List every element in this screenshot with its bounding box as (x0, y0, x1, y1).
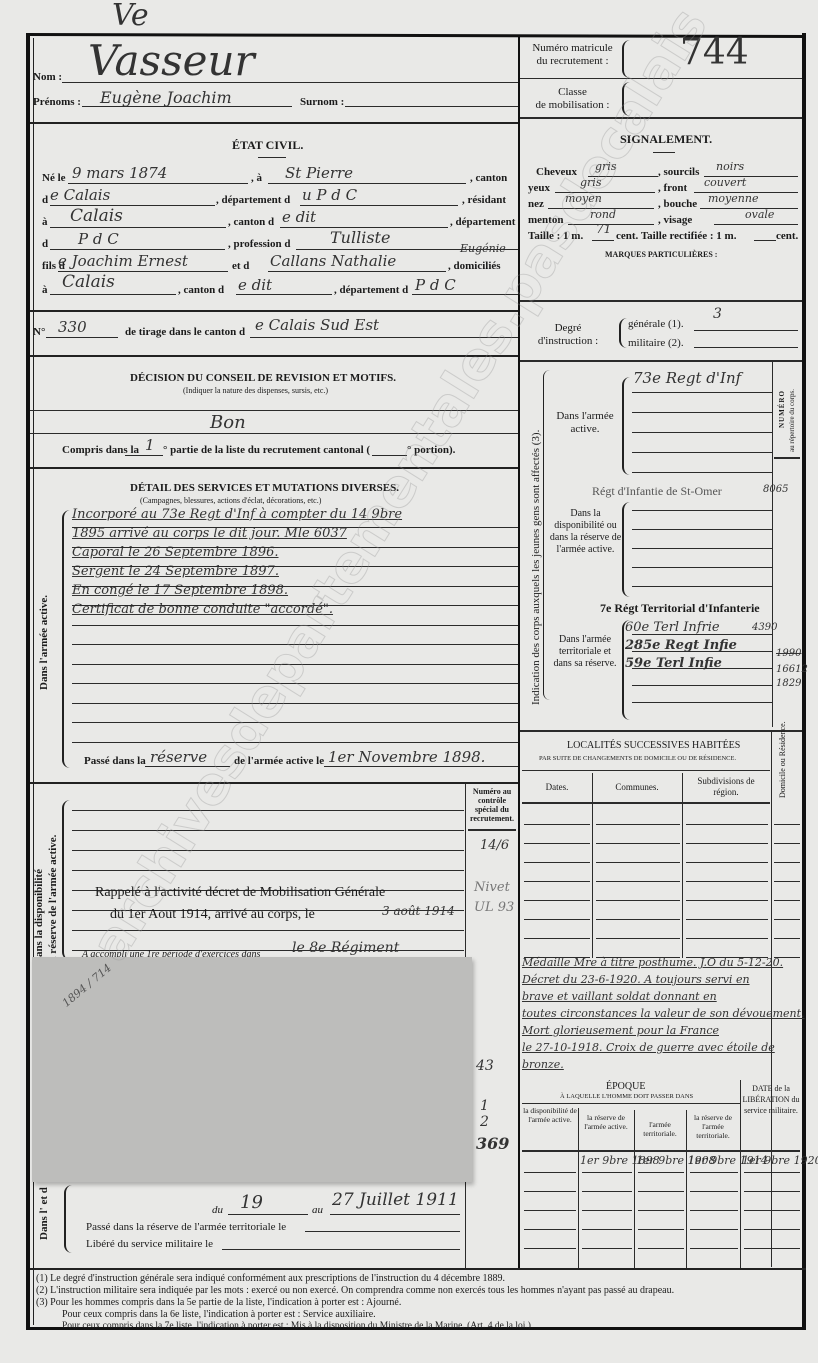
rule (774, 457, 800, 459)
localites-col-subdivisions: Subdivisions de région. (690, 776, 762, 798)
underline (250, 337, 518, 338)
col-divider (682, 773, 683, 958)
ruled-line (524, 1172, 576, 1173)
overlay-note: 1894 / 714 (60, 961, 114, 1009)
ruled-line (72, 850, 464, 851)
localites-subtitle: PAR SUITE DE CHANGEMENTS DE DOMICILE OU … (539, 755, 736, 762)
portion-suffix: ° portion). (407, 444, 455, 456)
ruled-line (774, 900, 800, 901)
canton-value: e dit (282, 208, 316, 226)
underline (412, 294, 518, 295)
departement-value: P d C (78, 230, 119, 248)
ruled-line (690, 1229, 738, 1230)
ruled-line (72, 664, 518, 665)
taille-value: 71 (596, 222, 611, 236)
services-brace (62, 510, 70, 768)
instruction-label: Degré d'instruction : (528, 322, 608, 348)
ruled-line (774, 919, 800, 920)
underline (46, 337, 118, 338)
services-title: DÉTAIL DES SERVICES ET MUTATIONS DIVERSE… (130, 482, 399, 494)
ruled-line (744, 1172, 800, 1173)
nom-underline (62, 82, 518, 83)
epoque-col-territoriale: l'armée territoriale. (634, 1120, 686, 1138)
surnom-label: Surnom : (300, 96, 344, 108)
classe-label: Classe de mobilisation : (525, 86, 620, 112)
classe-brace (622, 82, 630, 116)
col-divider (578, 1108, 579, 1268)
note-entry: Mort glorieusement pour la France (522, 1024, 719, 1037)
rappel-line-2: du 1er Aout 1914, arrivé au corps, le (110, 907, 315, 923)
note-entry: Décret du 23-6-1920. A toujours servi en (522, 973, 750, 986)
underline (268, 183, 466, 184)
domicile-divider (771, 732, 772, 1267)
side-number: 369 (476, 1134, 509, 1153)
du-value: 19 (240, 1192, 263, 1213)
underline (714, 224, 798, 225)
matricule-value: 744 (680, 32, 749, 73)
residant-label: , résidant (462, 194, 506, 206)
underline (50, 227, 226, 228)
matricule-label-2: du recrutement : (536, 55, 608, 67)
ruled-line (686, 900, 768, 901)
terr-number: 4390 (752, 622, 777, 633)
underline (754, 240, 776, 241)
periode-value: le 8e Régiment (292, 940, 399, 956)
rule (520, 360, 802, 362)
canton-value: e Calais (50, 186, 110, 204)
ne-le-label: Né le (42, 172, 66, 184)
services-side-label: Dans l'armée active. (38, 595, 50, 690)
canton-value: e dit (238, 276, 272, 294)
rule (30, 433, 518, 434)
tirage-label: de tirage dans le canton d (125, 326, 245, 338)
dispo-stamp: Régt d'Infantie de St-Omer (592, 484, 722, 499)
terr-number: 16612 (776, 664, 808, 675)
ruled-line (596, 862, 680, 863)
ruled-line (632, 510, 772, 511)
ruled-line (774, 843, 800, 844)
side-number: 43 (476, 1058, 494, 1074)
note-entry: Médaille Mre à titre posthume. J.O du 5-… (522, 956, 783, 969)
d-label: d (42, 194, 48, 206)
tirage-canton-value: e Calais Sud Est (255, 316, 379, 334)
ruled-line (72, 547, 518, 548)
ruled-line (638, 1229, 684, 1230)
underline (372, 455, 407, 456)
instruction-brace (619, 318, 627, 348)
ruled-line (524, 843, 590, 844)
visage-value: ovale (745, 208, 774, 221)
ruled-line (72, 742, 518, 743)
bouche-value: moyenne (708, 192, 758, 205)
underline (125, 455, 163, 456)
mere-value: Callans Nathalie (270, 252, 396, 270)
numero-controle-value: UL 93 (474, 900, 514, 915)
ruled-line (686, 919, 768, 920)
prenoms-value: Eugène Joachim (100, 88, 232, 107)
footnote-5: Pour ceux compris dans la 7e liste, l'in… (62, 1321, 531, 1331)
ruled-line (632, 412, 772, 413)
section-divider (30, 355, 518, 357)
departement-value: P d C (415, 276, 456, 294)
ruled-line (524, 938, 590, 939)
title-rule (258, 157, 286, 158)
side-number: 1 (480, 1098, 489, 1114)
epoque-col-reserve-active: la réserve de l'armée active. (578, 1113, 634, 1131)
ruled-line (582, 1191, 632, 1192)
ne-le-value: 9 mars 1874 (72, 164, 167, 182)
ruled-line (744, 1210, 800, 1211)
departement-label: , département d (334, 284, 408, 296)
rule (522, 1150, 800, 1152)
ruled-line (72, 566, 518, 567)
footnote-2: (2) L'instruction militaire sera indiqué… (36, 1285, 674, 1296)
note-entry: toutes circonstances la valeur de son dé… (522, 1007, 805, 1020)
ruled-line (72, 830, 464, 831)
ruled-line (632, 668, 772, 669)
date-liberation-header: DATE de la LIBÉRATION du service militai… (742, 1083, 800, 1116)
passe-date: 1er Novembre 1898. (328, 748, 485, 766)
ruled-line (774, 881, 800, 882)
d-label: d (42, 238, 48, 250)
surnom-underline (345, 106, 518, 107)
yeux-label: yeux (528, 182, 550, 194)
rule (522, 802, 770, 804)
underline (324, 766, 518, 767)
prenoms-label: Prénoms : (33, 96, 81, 108)
cheveux-value: gris (595, 160, 616, 173)
service-entry: Incorporé au 73e Regt d'Inf à compter du… (72, 507, 402, 522)
profession-label: , profession d (228, 238, 290, 250)
front-label: , front (658, 182, 687, 194)
ruled-line (596, 900, 680, 901)
residant-value: Calais (70, 206, 123, 226)
footnote-4: Pour ceux compris dans la 6e liste, l'in… (62, 1309, 376, 1320)
ruled-line (774, 862, 800, 863)
numero-controle-header: Numéro au contrôle spécial du recrutemen… (468, 787, 516, 823)
canton-label: , canton d (228, 216, 274, 228)
a-label: à (42, 216, 48, 228)
reserve-side-label-2: la réserve de l'armée active. (47, 835, 59, 965)
active-label: Dans l'armée active. (550, 410, 620, 436)
compris-suffix: ° partie de la liste du recrutement cant… (163, 444, 370, 456)
rule (30, 410, 518, 411)
numero-controle-value: 14/6 (480, 838, 509, 853)
marques-label: MARQUES PARTICULIÈRES : (605, 250, 717, 259)
canton-label: , canton (470, 172, 507, 184)
nez-value: moyen (565, 192, 602, 205)
ruled-line (632, 529, 772, 530)
underline (330, 1214, 460, 1215)
menton-value: rond (590, 208, 616, 221)
sourcils-value: noirs (716, 160, 744, 173)
ruled-line (72, 683, 518, 684)
terr-value: 60e Terl Infrie (625, 620, 720, 635)
ruled-line (690, 1210, 738, 1211)
note-entry: le 27-10-1918. Croix de guerre avec étoi… (522, 1041, 775, 1054)
bouche-label: , bouche (658, 198, 697, 210)
underline (50, 249, 225, 250)
cheveux-label: Cheveux (536, 166, 577, 178)
underline (268, 271, 446, 272)
active-brace (622, 377, 630, 475)
ruled-line (596, 824, 680, 825)
au-value: 27 Juillet 1911 (332, 1190, 459, 1210)
rule (520, 300, 802, 302)
ruled-line (632, 702, 772, 703)
localites-col-dates: Dates. (522, 782, 592, 793)
ruled-line (638, 1210, 684, 1211)
a-label: à (42, 284, 48, 296)
reserve-side-label-1: Dans la disponibilité (33, 869, 45, 965)
departement-value: u P d C (302, 186, 357, 204)
rule (522, 1103, 740, 1104)
header-divider (30, 122, 518, 124)
terr-number: 1829 (776, 678, 801, 689)
tirage-no-value: 330 (58, 318, 87, 336)
service-entry: 1895 arrivé au corps le dit jour. Mle 60… (72, 526, 347, 541)
mere-annotation: Eugénie (460, 242, 506, 255)
ruled-line (72, 870, 464, 871)
ruled-line (632, 586, 772, 587)
classe-label-2: de mobilisation : (536, 99, 610, 111)
reserve-brace (62, 800, 70, 960)
rappel-line-1: Rappelé à l'activité décret de Mobilisat… (95, 885, 385, 901)
ruled-line (744, 1191, 800, 1192)
sourcils-label: , sourcils (658, 166, 699, 178)
cent-label: cent. (776, 230, 798, 242)
epoque-title: ÉPOQUE (606, 1081, 645, 1092)
ruled-line (632, 452, 772, 453)
ruled-line (686, 881, 768, 882)
footnote-divider (30, 1268, 806, 1270)
ruled-line (744, 1248, 800, 1249)
localites-col-communes: Communes. (592, 782, 682, 793)
generale-label: générale (1). (628, 318, 684, 330)
dispo-stamp-number: 8065 (763, 484, 788, 495)
taille-label: Taille : 1 m. (528, 230, 583, 242)
classe-label-1: Classe (558, 86, 587, 98)
section-divider (30, 310, 518, 312)
decision-subtitle: (Indiquer la nature des dispenses, sursi… (183, 386, 328, 395)
side-number: 2 (480, 1114, 489, 1130)
section-divider (30, 782, 518, 784)
ruled-line (524, 1210, 576, 1211)
ruled-line (774, 824, 800, 825)
matricule-brace (622, 40, 630, 78)
matricule-label-1: Numéro matricule (532, 42, 612, 54)
decision-title: DÉCISION DU CONSEIL DE REVISION ET MOTIF… (130, 372, 396, 384)
domicile-header: Domicile ou Résidence. (778, 738, 787, 798)
ruled-line (72, 605, 518, 606)
du-label: du (212, 1204, 223, 1216)
localites-title: LOCALITÉS SUCCESSIVES HABITÉES (567, 740, 740, 751)
passe-label: Passé dans la (84, 755, 146, 767)
ruled-line (72, 810, 464, 811)
frame-border-right (802, 33, 806, 1330)
visage-label: , visage (658, 214, 692, 226)
rule (468, 829, 516, 831)
compris-value: 1 (145, 436, 155, 454)
ruled-line (524, 862, 590, 863)
underline (145, 766, 230, 767)
underline (694, 347, 798, 348)
underline (694, 330, 798, 331)
ruled-line (582, 1248, 632, 1249)
departement-label: , département d (216, 194, 290, 206)
ruled-line (72, 586, 518, 587)
pasted-paper-slip: 1894 / 714 (32, 957, 472, 1182)
territoriale-side-label: Dans l' et d (38, 1187, 50, 1240)
ruled-line (524, 1229, 576, 1230)
numero-repertoire-label-2: au répertoire du corps. (788, 389, 796, 452)
underline (222, 1249, 460, 1250)
ruled-line (690, 1248, 738, 1249)
underline (305, 1231, 460, 1232)
rule (520, 730, 802, 732)
ruled-line (632, 432, 772, 433)
title-rule (653, 152, 675, 153)
ruled-line (524, 1248, 576, 1249)
ruled-line (744, 1229, 800, 1230)
terr-label: Dans l'armée territoriale et dans sa rés… (550, 634, 620, 670)
ruled-line (632, 472, 772, 473)
domicile-value: Calais (62, 272, 115, 292)
ruled-line (690, 1191, 738, 1192)
passe-value: réserve (150, 748, 207, 766)
et-label: et d (232, 260, 249, 272)
nom-label: Nom : (33, 71, 62, 83)
canton-label: , canton d (178, 284, 224, 296)
note-entry: bronze. (522, 1058, 564, 1071)
dispo-label: Dans la disponibilité ou dans la réserve… (548, 508, 623, 556)
terr-stamp: 7e Régt Territorial d'Infanterie (600, 601, 760, 616)
menton-label: menton (528, 214, 563, 226)
rappel-date: 3 août 1914 (382, 904, 455, 918)
instruction-label-1: Degré (555, 322, 582, 334)
au-label: au (312, 1204, 323, 1216)
frame-border-left (26, 33, 30, 1330)
column-divider (518, 35, 520, 1270)
ruled-line (582, 1210, 632, 1211)
ruled-line (638, 1191, 684, 1192)
footnote-3: (3) Pour les hommes compris dans la 5e p… (36, 1297, 401, 1308)
footnote-1: (1) Le degré d'instruction générale sera… (36, 1273, 505, 1284)
passe-reserve-label: Passé dans la réserve de l'armée territo… (86, 1221, 286, 1233)
ruled-line (582, 1172, 632, 1173)
ruled-line (638, 1248, 684, 1249)
note-entry: brave et vaillant soldat donnant en (522, 990, 717, 1003)
ruled-line (686, 862, 768, 863)
underline (228, 1214, 308, 1215)
ruled-line (632, 567, 772, 568)
passe-suffix: de l'armée active le (234, 755, 324, 767)
underline (592, 240, 614, 241)
ruled-line (524, 919, 590, 920)
dispo-brace (622, 502, 630, 597)
epoque-value-liberation: 1er 9bre 1920 (742, 1154, 818, 1167)
ruled-line (686, 843, 768, 844)
ruled-line (632, 634, 772, 635)
taille-cent-label: cent. Taille rectifiée : 1 m. (616, 230, 736, 242)
nez-label: nez (528, 198, 544, 210)
ruled-line (632, 685, 772, 686)
rule (522, 770, 770, 771)
section-divider (30, 467, 518, 469)
ruled-line (632, 651, 772, 652)
ruled-line (582, 1229, 632, 1230)
profession-value: Tulliste (330, 228, 390, 247)
departement-label: , département (450, 216, 515, 228)
terr-number: 1990 (776, 648, 801, 659)
ruled-line (632, 548, 772, 549)
a-label: , à (251, 172, 262, 184)
col-divider (740, 1080, 741, 1268)
generale-value: 3 (713, 306, 722, 322)
etat-civil-title: ÉTAT CIVIL. (232, 138, 303, 153)
nom-annotation: Ve (112, 0, 149, 33)
ruled-line (596, 919, 680, 920)
ruled-line (72, 703, 518, 704)
underline (68, 183, 248, 184)
col-divider (592, 773, 593, 958)
domicilies-label: , domiciliés (448, 260, 501, 272)
nom-value: Vasseur (88, 36, 255, 85)
ruled-line (524, 1191, 576, 1192)
lieu-naissance-value: St Pierre (285, 164, 353, 182)
territoriale-brace (64, 1185, 72, 1253)
militaire-label: militaire (2). (628, 337, 684, 349)
numero-repertoire-label-1: NUMÉRO (778, 390, 786, 428)
underline (50, 294, 176, 295)
ruled-line (686, 824, 768, 825)
ruled-line (638, 1172, 684, 1173)
instruction-label-2: d'instruction : (538, 335, 598, 347)
ruled-line (596, 938, 680, 939)
ruled-line (596, 843, 680, 844)
tirage-no-label: N° (33, 326, 45, 338)
ruled-line (690, 1172, 738, 1173)
decision-value: Bon (210, 412, 246, 433)
ruled-line (774, 938, 800, 939)
rule (520, 78, 802, 79)
ruled-line (72, 625, 518, 626)
yeux-value: gris (580, 176, 601, 189)
ruled-line (524, 881, 590, 882)
epoque-col-disponibilite: la disponibilité de l'armée active. (522, 1106, 578, 1124)
underline (300, 205, 458, 206)
ruled-line (632, 392, 772, 393)
services-subtitle: (Campagnes, blessures, actions d'éclat, … (140, 496, 321, 505)
libere-label: Libéré du service militaire le (86, 1238, 213, 1250)
front-value: couvert (704, 176, 746, 189)
ruled-line (72, 930, 464, 931)
ruled-line (72, 722, 518, 723)
rule (520, 117, 802, 119)
active-value: 73e Regt d'Inf (633, 369, 741, 387)
signalement-title: SIGNALEMENT. (620, 132, 712, 147)
prenoms-underline (82, 106, 292, 107)
underline (236, 294, 332, 295)
numero-repertoire-divider (772, 362, 773, 727)
ruled-line (72, 527, 518, 528)
ruled-line (596, 881, 680, 882)
ruled-line (524, 900, 590, 901)
epoque-col-reserve-territoriale: la réserve de l'armée territoriale. (686, 1113, 740, 1140)
ruled-line (524, 824, 590, 825)
epoque-subtitle: À LAQUELLE L'HOMME DOIT PASSER DANS (560, 1093, 693, 1100)
ruled-line (686, 938, 768, 939)
